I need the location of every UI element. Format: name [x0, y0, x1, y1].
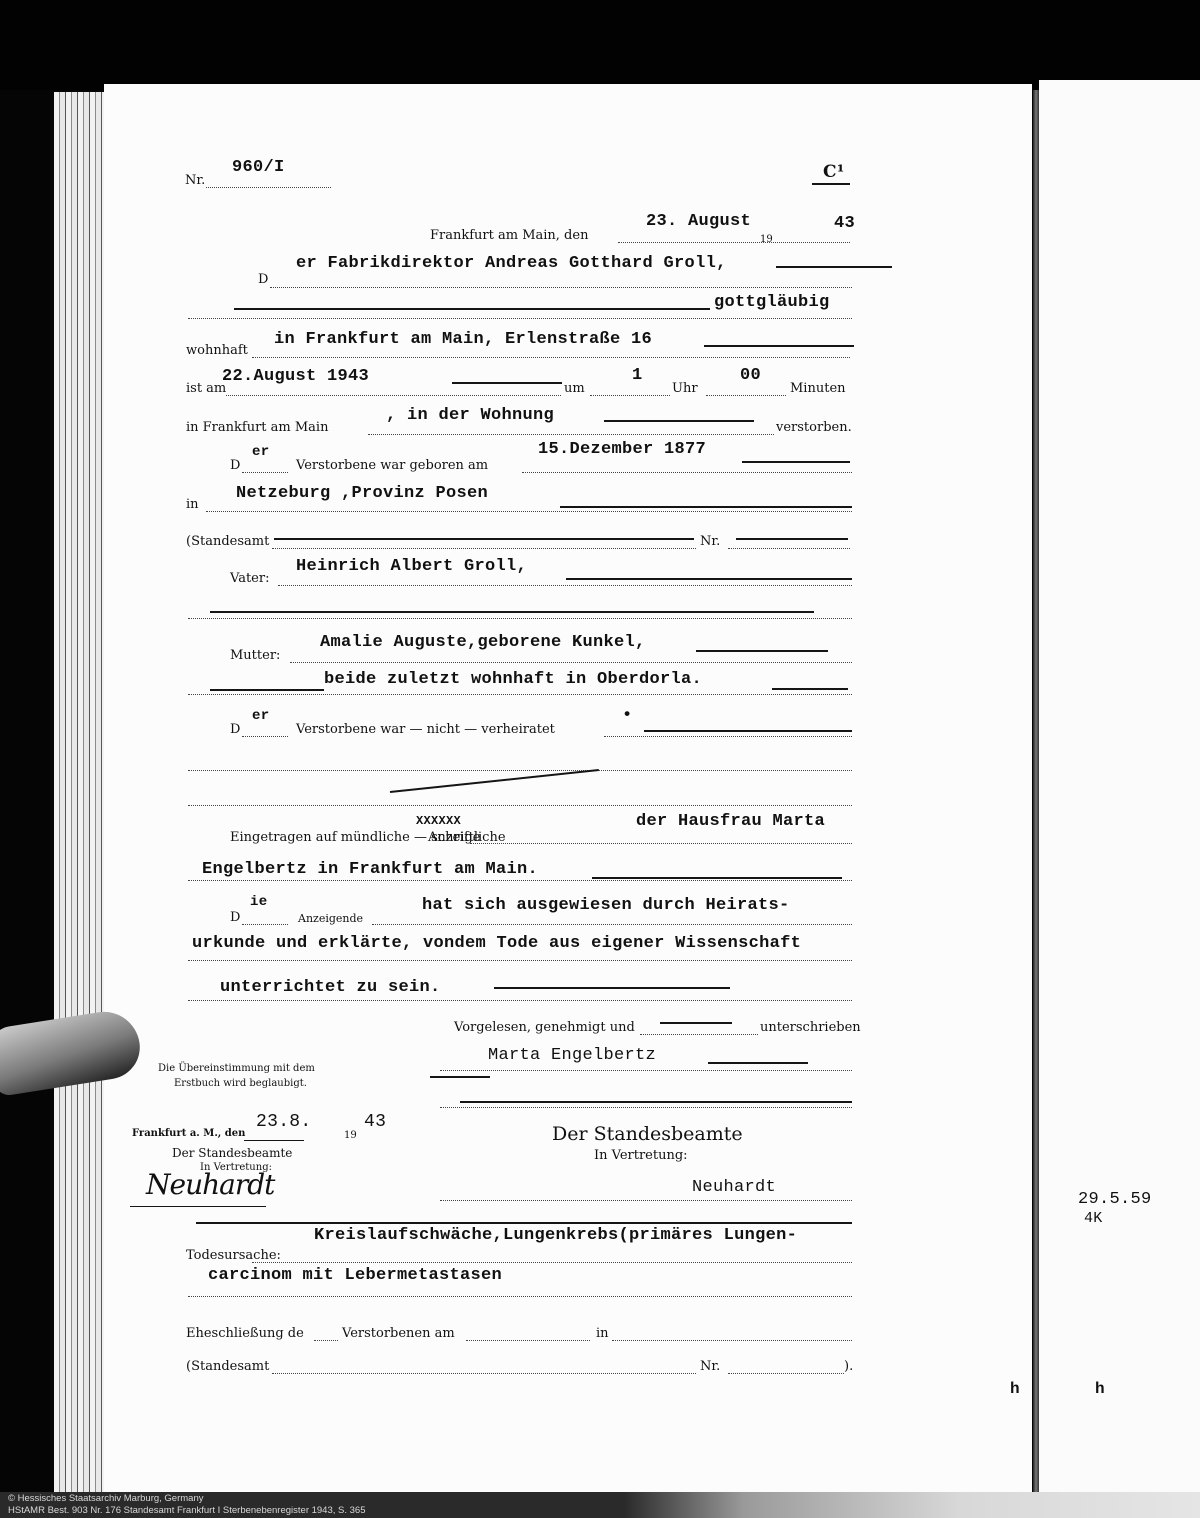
cause-line-1: [252, 1262, 852, 1263]
certification-date-line: [244, 1140, 304, 1141]
birth-place-label: in: [186, 497, 199, 512]
cause-2: carcinom mit Lebermetastasen: [208, 1266, 502, 1285]
residence-label: wohnhaft: [186, 343, 248, 358]
marriage-suffix-line: [314, 1340, 338, 1341]
death-date: 22.August 1943: [222, 367, 369, 386]
archive-footer: © Hessisches Staatsarchiv Marburg, Germa…: [0, 1492, 1200, 1518]
marriage-place-line: [612, 1340, 852, 1341]
certification-year-prefix: 19: [344, 1130, 357, 1141]
informant-signature-fill-rule: [708, 1062, 808, 1064]
minuten-label: Minuten: [790, 381, 846, 396]
marriage-date-line: [466, 1340, 590, 1341]
father: Heinrich Albert Groll,: [296, 557, 527, 576]
married-fill-rule: [644, 730, 852, 732]
registrar-title: Der Standesbeamte: [552, 1123, 743, 1145]
birth-date-fill-rule: [742, 461, 850, 463]
informant-fill-rule: [592, 877, 842, 879]
father-line: [278, 585, 852, 586]
married-label: Verstorbene war — nicht — verheiratet: [296, 722, 555, 737]
cause-top-rule: [196, 1222, 852, 1224]
certification-text-2: Erstbuch wird beglaubigt.: [174, 1078, 307, 1089]
year-prefix: 19: [760, 234, 773, 245]
standesamt-nr-fill-rule: [736, 538, 848, 540]
standesamt-nr-line: [728, 548, 850, 549]
marriage-nr-label: Nr.: [700, 1359, 720, 1374]
deceased-fill-rule: [776, 266, 892, 268]
book-page-edges: [54, 92, 106, 1492]
d-prefix: D: [258, 272, 268, 287]
married-value: •: [622, 706, 633, 725]
married-suffix: er: [252, 708, 269, 724]
informant-line-2-text: Engelbertz in Frankfurt am Main.: [202, 860, 538, 879]
margin-mark-left: h: [1010, 1380, 1020, 1398]
standesamt-line: [272, 548, 696, 549]
parents-residence-line: [188, 694, 852, 695]
parents-residence: beide zuletzt wohnhaft in Oberdorla.: [324, 670, 702, 689]
father-label: Vater:: [230, 571, 269, 586]
mother-label: Mutter:: [230, 648, 280, 663]
standesamt-label: (Standesamt: [186, 534, 269, 549]
informant-line-1: [470, 843, 852, 844]
cause-label: Todesursache:: [186, 1248, 281, 1263]
certification-signature: Neuhardt: [146, 1168, 274, 1201]
birth-place-fill-rule: [560, 506, 852, 508]
certification-signature-line: [130, 1206, 266, 1207]
identification-line-2: [188, 960, 852, 961]
certification-place-label: Frankfurt a. M., den: [132, 1128, 245, 1139]
birth-d-prefix: D: [230, 458, 240, 473]
signed-label: unterschrieben: [760, 1020, 861, 1035]
marriage-nr-line: [728, 1373, 844, 1374]
informant-signature-line: [440, 1070, 852, 1071]
death-date-fill-rule: [452, 382, 562, 384]
identification-fill-rule: [494, 987, 730, 989]
spouse-line-2: [188, 805, 852, 806]
marriage-standesamt-line: [272, 1373, 696, 1374]
form-code: C¹: [823, 162, 845, 182]
witness-fill-rule: [460, 1101, 852, 1103]
identification-3: unterrichtet zu sein.: [220, 978, 441, 997]
registrar-signature-line: [440, 1200, 852, 1201]
residence-line: [252, 357, 850, 358]
witness-line: [440, 1107, 852, 1108]
residence: in Frankfurt am Main, Erlenstraße 16: [274, 330, 652, 349]
margin-code: 4K: [1084, 1210, 1103, 1227]
standesamt-nr-label: Nr.: [700, 534, 720, 549]
informant-signature-rule-left: [430, 1076, 490, 1078]
marriage-label: Eheschließung de: [186, 1326, 304, 1341]
informant-line-2: [188, 880, 852, 881]
verstorben-label: verstorben.: [776, 420, 852, 435]
father-fill-rule: [566, 578, 852, 580]
number-line: [206, 187, 331, 188]
spouse-line: [188, 770, 852, 771]
read-label: Vorgelesen, genehmigt und: [454, 1020, 635, 1035]
identification-2: urkunde und erklärte, vondem Tode aus ei…: [192, 934, 801, 953]
informant-signature: Marta Engelbertz: [488, 1046, 656, 1065]
religion-fill-rule: [234, 308, 710, 310]
scan-background: [0, 0, 1200, 90]
register-date: 23. August: [646, 212, 751, 231]
read-line: [640, 1034, 758, 1035]
mother: Amalie Auguste,geborene Kunkel,: [320, 633, 646, 652]
parents-residence-fill-rule-left: [210, 689, 324, 691]
record-number: 960/I: [232, 158, 285, 177]
margin-mark-right: h: [1095, 1380, 1105, 1398]
marriage-close: ).: [844, 1359, 853, 1374]
deceased-line: [270, 287, 852, 288]
married-d-prefix: D: [230, 722, 240, 737]
certification-date: 23.8.: [256, 1112, 312, 1132]
death-place-fill-rule: [604, 420, 754, 422]
parents-residence-fill-rule-right: [772, 688, 848, 690]
standesamt-fill-rule: [274, 538, 694, 540]
residence-fill-rule: [704, 345, 854, 347]
certification-text-1: Die Übereinstimmung mit dem: [158, 1063, 315, 1074]
death-date-label: ist am: [186, 381, 226, 396]
margin-date: 29.5.59: [1078, 1190, 1152, 1209]
registrar-name: Neuhardt: [692, 1178, 776, 1197]
register-year: 43: [834, 214, 855, 233]
footer-copyright: © Hessisches Staatsarchiv Marburg, Germa…: [8, 1493, 203, 1504]
father-line-2: [188, 618, 852, 619]
birth-date: 15.Dezember 1877: [538, 440, 706, 459]
death-place-label: in Frankfurt am Main: [186, 420, 328, 435]
uhr-label: Uhr: [672, 381, 698, 396]
birth-suffix-line: [242, 472, 288, 473]
identification-line-3: [188, 1000, 852, 1001]
married-line: [604, 736, 852, 737]
birth-place-line: [206, 511, 852, 512]
certification-title: Der Standesbeamte: [172, 1146, 292, 1160]
death-date-line: [226, 395, 561, 396]
place-date-label: Frankfurt am Main, den: [430, 228, 588, 243]
marriage-label-2: Verstorbenen am: [342, 1326, 455, 1341]
next-page-margin: [1039, 80, 1200, 1495]
identification-1: hat sich ausgewiesen durch Heirats-: [422, 896, 790, 915]
married-suffix-line: [242, 736, 288, 737]
death-place-line: [368, 434, 774, 435]
marriage-in-label: in: [596, 1326, 609, 1341]
birth-suffix: er: [252, 444, 269, 460]
birth-place: Netzeburg ,Provinz Posen: [236, 484, 488, 503]
informant-suffix-line: [242, 924, 288, 925]
mother-line: [290, 662, 852, 663]
anzeige-label: Anzeige: [428, 830, 480, 845]
deceased-name: er Fabrikdirektor Andreas Gotthard Groll…: [296, 254, 727, 273]
death-hour: 1: [632, 366, 643, 385]
informant-line-1-text: der Hausfrau Marta: [636, 812, 825, 831]
um-label: um: [564, 381, 585, 396]
date-line: [618, 242, 850, 243]
hour-line: [590, 395, 670, 396]
religion-line: [188, 318, 852, 319]
footer-reference: HStAMR Best. 903 Nr. 176 Standesamt Fran…: [8, 1505, 366, 1516]
certification-year: 43: [364, 1112, 386, 1132]
read-fill-rule: [660, 1022, 732, 1024]
father-line-2-fill-rule: [210, 611, 814, 613]
birth-date-line: [522, 472, 852, 473]
religion: gottgläubig: [714, 293, 830, 312]
informant-suffix: ie: [250, 894, 267, 910]
marriage-standesamt-label: (Standesamt: [186, 1359, 269, 1374]
birth-label: Verstorbene war geboren am: [296, 458, 488, 473]
anzeigende-label: Anzeigende: [298, 912, 363, 925]
form-code-underline: [812, 183, 850, 185]
death-place: , in der Wohnung: [386, 406, 554, 425]
registrar-sub: In Vertretung:: [594, 1148, 688, 1163]
cause-line-2: [188, 1296, 852, 1297]
minutes-line: [706, 395, 786, 396]
cause-1: Kreislaufschwäche,Lungenkrebs(primäres L…: [314, 1226, 797, 1245]
identification-line-1: [372, 924, 852, 925]
number-label: Nr.: [185, 173, 205, 188]
informant-d-prefix: D: [230, 910, 240, 925]
death-minutes: 00: [740, 366, 761, 385]
mother-fill-rule: [696, 650, 828, 652]
entered-struck: XXXXXX: [416, 814, 461, 828]
